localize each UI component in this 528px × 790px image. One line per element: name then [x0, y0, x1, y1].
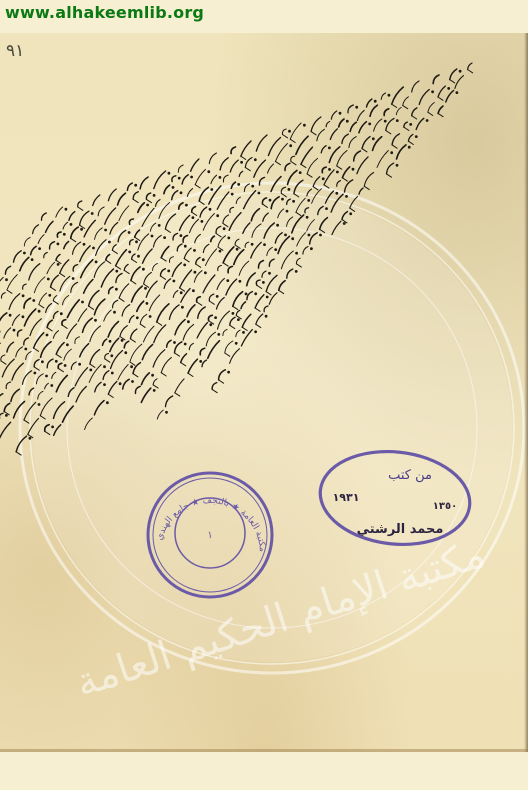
- manuscript-page: ٩١ مكتبة الإمام الحكيم العامة ١ مكتبة ال…: [0, 33, 528, 752]
- oval-stamp-owner: محمد الرشتي: [357, 522, 444, 537]
- stamps-layer: ١ مكتبة العامة ★ بالنجف ★ جامع الهندي من…: [0, 33, 528, 752]
- site-url[interactable]: www.alhakeemlib.org: [5, 3, 204, 22]
- site-header: www.alhakeemlib.org: [0, 0, 528, 32]
- oval-stamp-line1: من كتب: [388, 468, 432, 483]
- round-stamp-text: مكتبة العامة ★ بالنجف ★ جامع الهندي: [155, 496, 267, 553]
- oval-stamp-year-gregorian: ١٩٣١: [333, 491, 360, 504]
- svg-text:١: ١: [207, 530, 212, 541]
- bottom-margin: [0, 752, 528, 790]
- page-edge: [524, 33, 528, 752]
- oval-stamp-year-hijri: ١٣٥٠: [433, 501, 457, 512]
- round-stamp: ١: [148, 473, 272, 597]
